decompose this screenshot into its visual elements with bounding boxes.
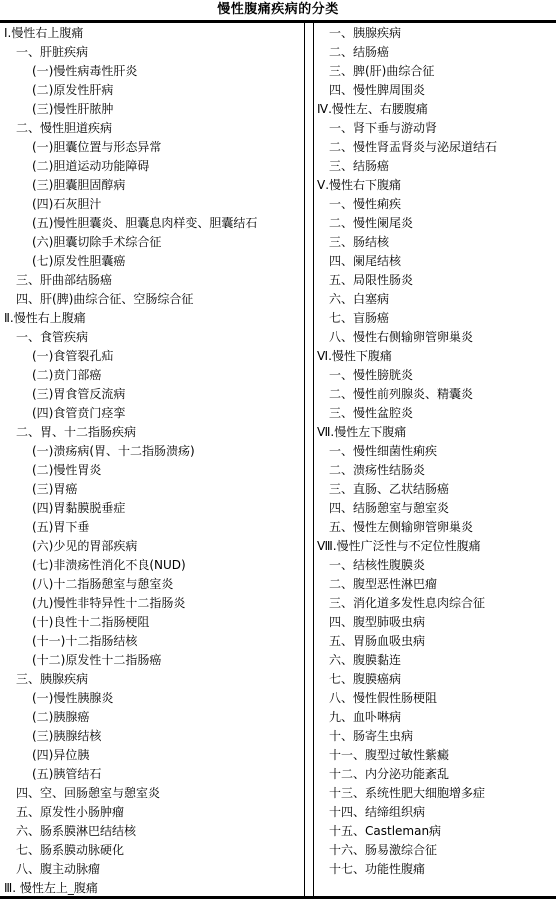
subcategory-item: 五、局限性肠炎	[317, 271, 553, 290]
disease-item: (十一)十二指肠结核	[4, 632, 302, 651]
disease-item: (一)溃疡病(胃、十二指肠溃疡)	[4, 442, 302, 461]
subcategory-item: 一、慢性膀胱炎	[317, 366, 553, 385]
disease-item: (四)异位胰	[4, 746, 302, 765]
left-column: Ⅰ.慢性右上腹痛一、肝脏疾病(一)慢性病毒性肝炎(二)原发性肝病(三)慢性肝脓肿…	[4, 24, 302, 898]
subcategory-item: 三、结肠癌	[317, 157, 553, 176]
disease-item: (二)贲门部癌	[4, 366, 302, 385]
subcategory-item: 四、慢性脾周围炎	[317, 81, 553, 100]
category-heading: Ⅴ.慢性右下腹痛	[317, 176, 553, 195]
subcategory-item: 十二、内分泌功能紊乱	[317, 765, 553, 784]
disease-item: (二)原发性肝病	[4, 81, 302, 100]
subcategory-item: 七、腹膜癌病	[317, 670, 553, 689]
subcategory-item: 三、胰腺疾病	[4, 670, 302, 689]
subcategory-item: 五、胃肠血吸虫病	[317, 632, 553, 651]
subcategory-item: 九、血卟啉病	[317, 708, 553, 727]
subcategory-item: 四、空、回肠憩室与憩室炎	[4, 784, 302, 803]
category-heading: Ⅷ.慢性广泛性与不定位性腹痛	[317, 537, 553, 556]
subcategory-item: 五、原发性小肠肿瘤	[4, 803, 302, 822]
subcategory-item: 十七、功能性腹痛	[317, 860, 553, 879]
subcategory-item: 四、肝(脾)曲综合征、空肠综合征	[4, 290, 302, 309]
table-title: 慢性腹痛疾病的分类	[0, 0, 556, 20]
disease-item: (三)慢性肝脓肿	[4, 100, 302, 119]
disease-item: (五)胰管结石	[4, 765, 302, 784]
disease-item: (二)胰腺癌	[4, 708, 302, 727]
disease-item: (四)食管贲门痉挛	[4, 404, 302, 423]
disease-item: (四)胃黏膜脱垂症	[4, 499, 302, 518]
subcategory-item: 四、腹型肺吸虫病	[317, 613, 553, 632]
right-column: 一、胰腺疾病二、结肠癌三、脾(肝)曲综合征四、慢性脾周围炎Ⅳ.慢性左、右腰腹痛一…	[317, 24, 553, 879]
disease-item: (一)食管裂孔疝	[4, 347, 302, 366]
subcategory-item: 六、肠系膜淋巴结结核	[4, 822, 302, 841]
subcategory-item: 四、结肠憩室与憩室炎	[317, 499, 553, 518]
disease-item: (八)十二指肠憩室与憩室炎	[4, 575, 302, 594]
subcategory-item: 二、慢性前列腺炎、精囊炎	[317, 385, 553, 404]
subcategory-item: 三、脾(肝)曲综合征	[317, 62, 553, 81]
disease-item: (一)慢性胰腺炎	[4, 689, 302, 708]
disease-item: (三)胆囊胆固醇病	[4, 176, 302, 195]
subcategory-item: 三、直肠、乙状结肠癌	[317, 480, 553, 499]
category-heading: Ⅰ.慢性右上腹痛	[4, 24, 302, 43]
subcategory-item: 三、肠结核	[317, 233, 553, 252]
subcategory-item: 六、腹膜黏连	[317, 651, 553, 670]
disease-item: (九)慢性非特异性十二指肠炎	[4, 594, 302, 613]
subcategory-item: 一、食管疾病	[4, 328, 302, 347]
subcategory-item: 二、结肠癌	[317, 43, 553, 62]
subcategory-item: 十三、系统性肥大细胞增多症	[317, 784, 553, 803]
subcategory-item: 四、阑尾结核	[317, 252, 553, 271]
category-heading: Ⅳ.慢性左、右腰腹痛	[317, 100, 553, 119]
subcategory-item: 七、肠系膜动脉硬化	[4, 841, 302, 860]
category-heading: Ⅵ.慢性下腹痛	[317, 347, 553, 366]
disease-item: (三)胃食管反流病	[4, 385, 302, 404]
subcategory-item: 十五、Castleman病	[317, 822, 553, 841]
category-heading: Ⅶ.慢性左下腹痛	[317, 423, 553, 442]
subcategory-item: 三、消化道多发性息肉综合征	[317, 594, 553, 613]
subcategory-item: 一、肾下垂与游动肾	[317, 119, 553, 138]
subcategory-item: 一、肝脏疾病	[4, 43, 302, 62]
disease-item: (六)少见的胃部疾病	[4, 537, 302, 556]
disease-item: (十二)原发性十二指肠癌	[4, 651, 302, 670]
subcategory-item: 二、胃、十二指肠疾病	[4, 423, 302, 442]
subcategory-item: 十、肠寄生虫病	[317, 727, 553, 746]
disease-item: (一)慢性病毒性肝炎	[4, 62, 302, 81]
subcategory-item: 二、慢性肾盂肾炎与泌尿道结石	[317, 138, 553, 157]
subcategory-item: 七、盲肠癌	[317, 309, 553, 328]
subcategory-item: 二、慢性阑尾炎	[317, 214, 553, 233]
disease-item: (二)慢性胃炎	[4, 461, 302, 480]
disease-item: (五)胃下垂	[4, 518, 302, 537]
subcategory-item: 二、腹型恶性淋巴瘤	[317, 575, 553, 594]
subcategory-item: 八、慢性右侧输卵管卵巢炎	[317, 328, 553, 347]
subcategory-item: 十一、腹型过敏性紫癜	[317, 746, 553, 765]
disease-item: (五)慢性胆囊炎、胆囊息肉样变、胆囊结石	[4, 214, 302, 233]
subcategory-item: 八、腹主动脉瘤	[4, 860, 302, 879]
disease-item: (十)良性十二指肠梗阻	[4, 613, 302, 632]
column-divider-right	[313, 23, 314, 896]
disease-item: (四)石灰胆汁	[4, 195, 302, 214]
subcategory-item: 八、慢性假性肠梗阻	[317, 689, 553, 708]
disease-item: (一)胆囊位置与形态异常	[4, 138, 302, 157]
subcategory-item: 十六、肠易激综合征	[317, 841, 553, 860]
disease-item: (七)原发性胆囊癌	[4, 252, 302, 271]
subcategory-item: 十四、结缔组织病	[317, 803, 553, 822]
disease-item: (六)胆囊切除手术综合征	[4, 233, 302, 252]
subcategory-item: 三、慢性盆腔炎	[317, 404, 553, 423]
subcategory-item: 六、白塞病	[317, 290, 553, 309]
top-rule	[0, 20, 556, 23]
disease-item: (三)胃癌	[4, 480, 302, 499]
category-heading: Ⅱ.慢性右上腹痛	[4, 309, 302, 328]
disease-item: (七)非溃疡性消化不良(NUD)	[4, 556, 302, 575]
subcategory-item: 二、溃疡性结肠炎	[317, 461, 553, 480]
disease-item: (二)胆道运动功能障碍	[4, 157, 302, 176]
subcategory-item: 三、肝曲部结肠癌	[4, 271, 302, 290]
subcategory-item: 五、慢性左侧输卵管卵巢炎	[317, 518, 553, 537]
subcategory-item: 一、胰腺疾病	[317, 24, 553, 43]
column-divider-left	[304, 23, 305, 896]
subcategory-item: 二、慢性胆道疾病	[4, 119, 302, 138]
disease-item: (三)胰腺结核	[4, 727, 302, 746]
subcategory-item: 一、慢性痢疾	[317, 195, 553, 214]
subcategory-item: 一、结核性腹膜炎	[317, 556, 553, 575]
subcategory-item: 一、慢性细菌性痢疾	[317, 442, 553, 461]
